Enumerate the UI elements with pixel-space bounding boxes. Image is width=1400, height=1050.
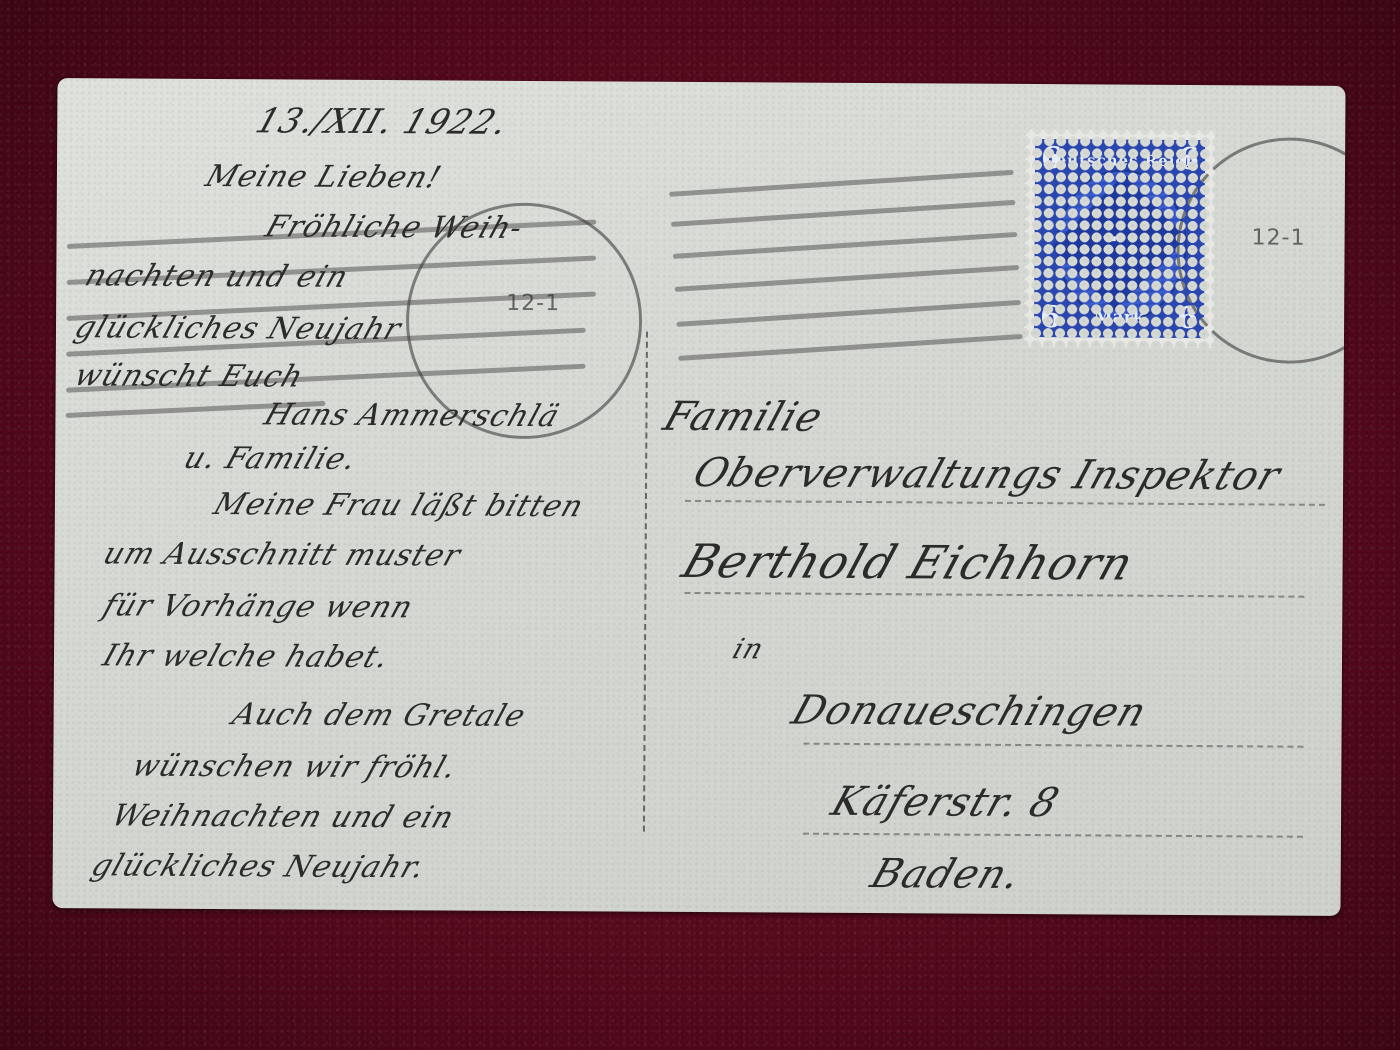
message-line: Fröhliche Weih- xyxy=(261,209,528,245)
message-line: Meine Lieben! xyxy=(201,159,446,195)
message-line: Auch dem Gretale xyxy=(228,697,531,734)
message-line: Weihnachten und ein xyxy=(107,798,459,835)
postmark-date-left: 12-1 xyxy=(506,291,560,316)
message-line: nachten und ein xyxy=(81,258,354,295)
message-line: Ihr welche habet. xyxy=(98,638,394,675)
stamp-face: 𝄻 Deutsches Reich Mark 6 6 6 6 xyxy=(1034,139,1205,338)
postcard: 12-1 12-1 𝄻 Deutsches Reich Mark 6 6 6 6… xyxy=(52,78,1345,916)
message-line: Meine Frau läßt bitten xyxy=(209,487,588,524)
address-line: Familie xyxy=(658,394,829,441)
address-line: Donaueschingen xyxy=(786,688,1153,736)
message-date: 13./XII. 1922. xyxy=(251,101,514,142)
message-line: u. Familie. xyxy=(179,441,361,477)
stamp-value-tr: 6 xyxy=(1178,142,1199,177)
message-line: um Ausschnitt muster xyxy=(99,536,466,573)
postage-stamp: 𝄻 Deutsches Reich Mark 6 6 6 6 xyxy=(1024,129,1215,348)
address-line: Baden. xyxy=(865,851,1027,898)
address-line: Berthold Eichhorn xyxy=(676,534,1141,591)
address-line: Oberverwaltungs Inspektor xyxy=(688,450,1287,499)
stamp-value-tl: 6 xyxy=(1041,141,1062,176)
message-line: für Vorhänge wenn xyxy=(99,588,418,625)
message-line: glückliches Neujahr. xyxy=(87,848,430,885)
message-line: Hans Ammerschlä xyxy=(260,397,565,434)
postmark-date-right: 12-1 xyxy=(1252,225,1306,250)
post-horn-icon: 𝄻 xyxy=(1102,221,1119,272)
stamp-value-bl: 6 xyxy=(1040,300,1061,335)
message-line: wünschen wir fröhl. xyxy=(128,749,462,786)
address-line: Käferstr. 8 xyxy=(826,779,1066,826)
stamp-value-br: 6 xyxy=(1177,301,1198,336)
message-line: wünscht Euch xyxy=(70,358,308,394)
message-line: glückliches Neujahr xyxy=(70,310,406,347)
